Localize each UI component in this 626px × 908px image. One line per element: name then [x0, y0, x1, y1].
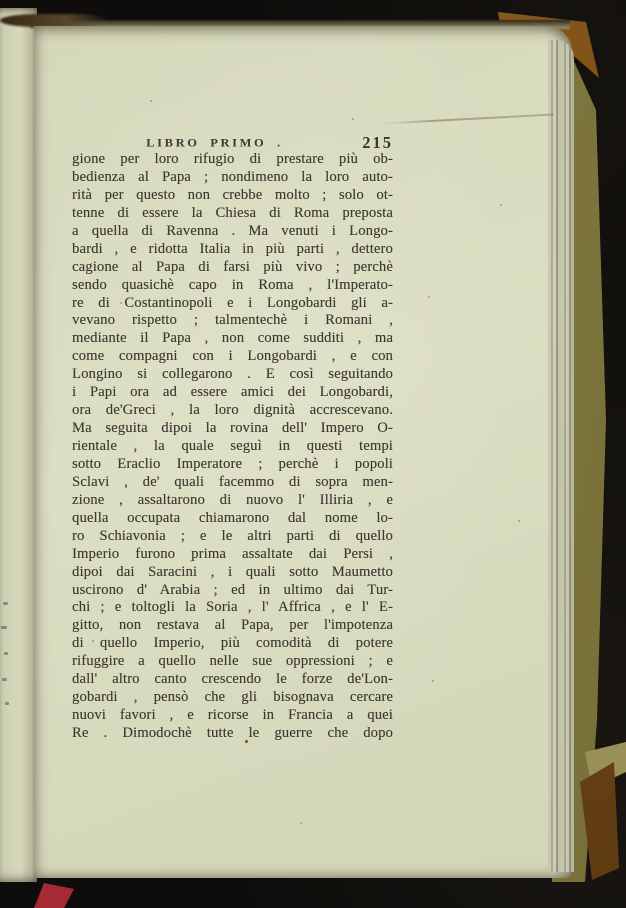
text-line: a quella di Ravenna . Ma venuti i Longo-	[72, 223, 393, 241]
previous-page-edge	[0, 8, 37, 882]
print-fragment	[4, 652, 8, 655]
print-fragment	[2, 678, 7, 681]
text-line: uscirono d' Arabia ; ed in ultimo dai Tu…	[72, 582, 393, 600]
text-line: tenne di essere la Chiesa di Roma prepos…	[72, 205, 393, 223]
text-line: sotto Eraclio Imperatore ; perchè i popo…	[72, 456, 393, 474]
text-line: Sclavi , de' quali facemmo di sopra men-	[72, 474, 393, 492]
page-text: gione per loro rifugio di prestare più o…	[72, 151, 393, 743]
paper-speck	[428, 296, 430, 298]
text-line: bedienza al Papa ; nondimeno la loro aut…	[72, 169, 393, 187]
text-line: nuovi favori , e ricorse in Francia a qu…	[72, 707, 393, 725]
text-line: rientale , la quale seguì in questi temp…	[72, 438, 393, 456]
paper-speck	[500, 204, 502, 206]
text-line: Ma seguita dipoi la rovina dell' Impero …	[72, 420, 393, 438]
text-line: bardi , e ridotta Italia in più parti , …	[72, 241, 393, 259]
text-line: Imperio furono prima assaltate dai Persi…	[72, 546, 393, 564]
book-scan: LIBRO PRIMO . 215 gione per loro rifugio…	[0, 0, 626, 908]
text-line: gobardi , pensò che gli bisognava cercar…	[72, 689, 393, 707]
paper-speck	[300, 822, 302, 824]
page-stack-edge	[548, 40, 574, 872]
paper-speck	[518, 520, 520, 522]
text-line: di quello Imperio, più comodità di poter…	[72, 635, 393, 653]
text-line: quella occupata chiamarono dal nome lo-	[72, 510, 393, 528]
print-fragment	[3, 602, 8, 605]
print-fragment	[5, 702, 9, 705]
text-line: ora de'Greci , la loro dignità accrescev…	[72, 402, 393, 420]
text-line: i Papi ora ad essere amici dei Longobard…	[72, 384, 393, 402]
paper-speck	[432, 680, 434, 682]
text-line: ro Schiavonia ; e le altri parti di quel…	[72, 528, 393, 546]
text-line: Re . Dimodochè tutte le guerre che dopo	[72, 725, 393, 743]
running-title: LIBRO PRIMO .	[72, 137, 357, 151]
text-line: rifuggire a quello nelle sue oppressioni…	[72, 653, 393, 671]
page-number: 215	[362, 133, 393, 153]
text-line: gione per loro rifugio di prestare più o…	[72, 151, 393, 169]
text-line: rità per questo non crebbe molto ; solo …	[72, 187, 393, 205]
paper-speck	[352, 118, 354, 120]
page-header: LIBRO PRIMO . 215	[72, 133, 393, 152]
text-line: zione , assaltarono di nuovo l' Illiria …	[72, 492, 393, 510]
text-line: chi ; e toltogli la Soria , l' Affrica ,…	[72, 599, 393, 617]
text-line: come compagni con i Longobardi , e con	[72, 348, 393, 366]
print-fragment	[1, 626, 7, 629]
text-line: dall' altro canto crescendo le forze de'…	[72, 671, 393, 689]
text-line: dipoi dai Saracini , i quali sotto Maume…	[72, 564, 393, 582]
text-line: Longino si collegarono . E così seguitan…	[72, 366, 393, 384]
text-line: mediante il Papa , non come sudditi , ma	[72, 330, 393, 348]
text-line: cagione al Papa di farsi più vivo ; perc…	[72, 259, 393, 277]
text-line: vevano rispetto ; talmentechè i Romani ,	[72, 312, 393, 330]
text-line: sendo quasichè capo in Roma , l'Imperato…	[72, 277, 393, 295]
text-line: re di Costantinopoli e i Longobardi gli …	[72, 295, 393, 313]
paper-speck	[150, 100, 152, 102]
text-line: gitto, non restava al Papa, per l'impote…	[72, 617, 393, 635]
